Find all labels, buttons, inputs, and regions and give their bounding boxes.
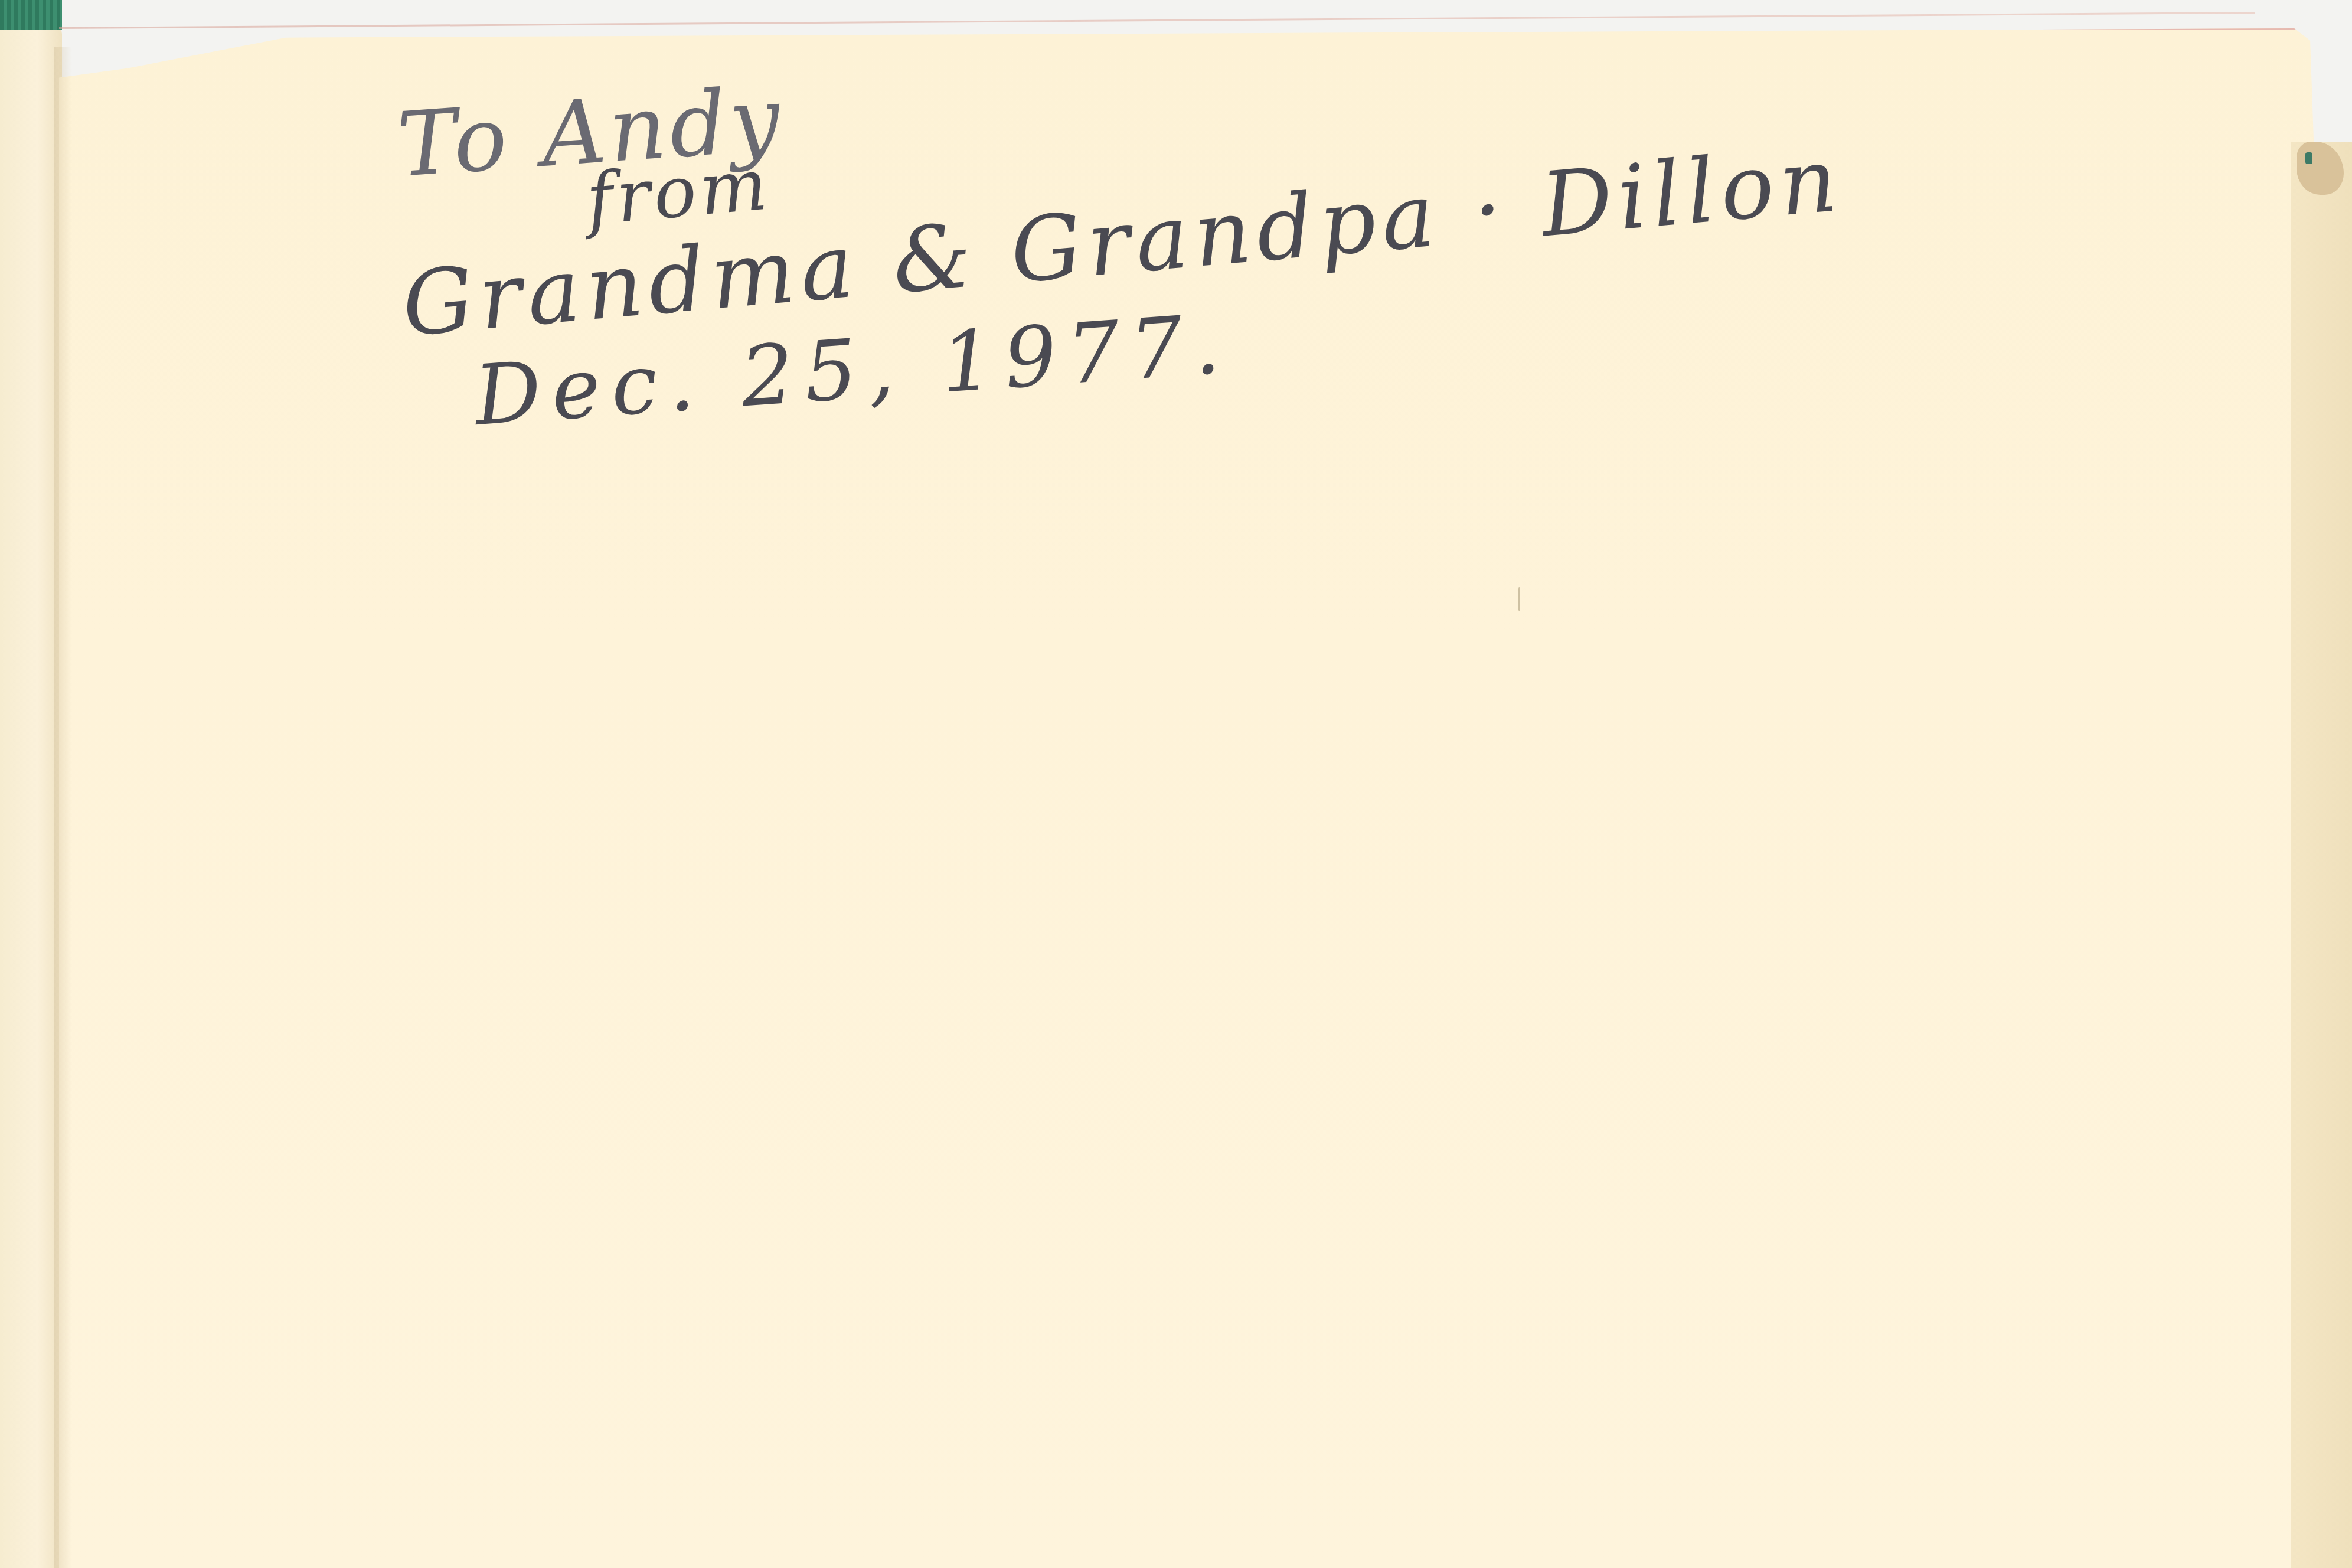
gutter-shadow [54, 47, 72, 1568]
green-cloth-spine [0, 0, 62, 30]
photo-scene: To Andy from Grandma & Grandpa · Dillon … [0, 0, 2352, 1568]
dust-jacket-edge [2291, 142, 2352, 1568]
pencil-mark [1518, 587, 1520, 611]
page-top-edge [59, 12, 2255, 29]
left-facing-page [0, 17, 62, 1568]
jacket-green-fleck [2305, 152, 2312, 164]
